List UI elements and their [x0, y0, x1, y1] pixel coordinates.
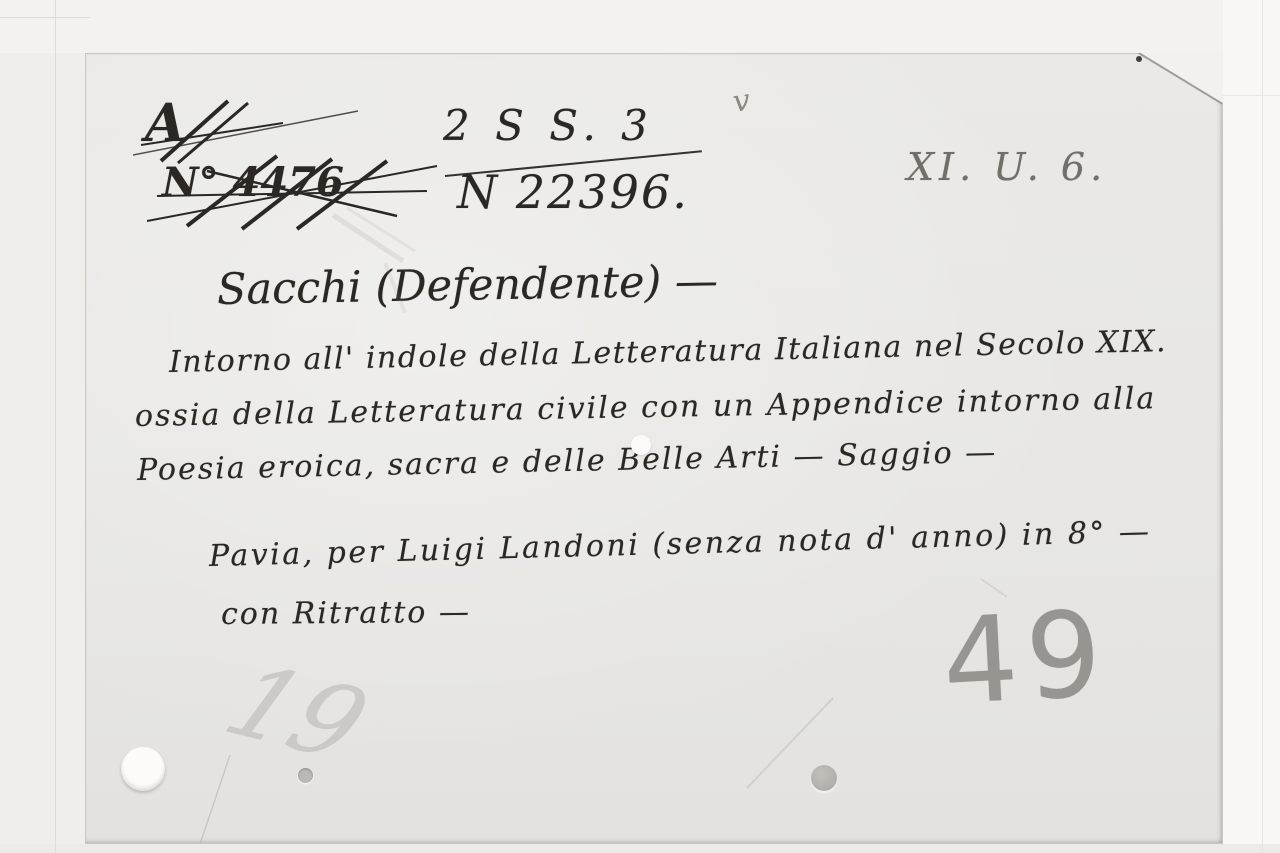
background-seam [0, 17, 90, 18]
stray-marks [85, 53, 1223, 844]
scan-background: A N° 4476 2 S S. 3 N 22396. [0, 0, 1280, 853]
background-strip-top [0, 0, 1280, 53]
background-strip-bottom [0, 844, 1280, 853]
background-seam [1223, 95, 1280, 96]
catalog-card: A N° 4476 2 S S. 3 N 22396. [85, 53, 1223, 844]
background-seam [55, 0, 56, 853]
background-strip-left [0, 0, 85, 853]
background-seam [1262, 0, 1263, 853]
background-strip-right [1223, 0, 1280, 853]
